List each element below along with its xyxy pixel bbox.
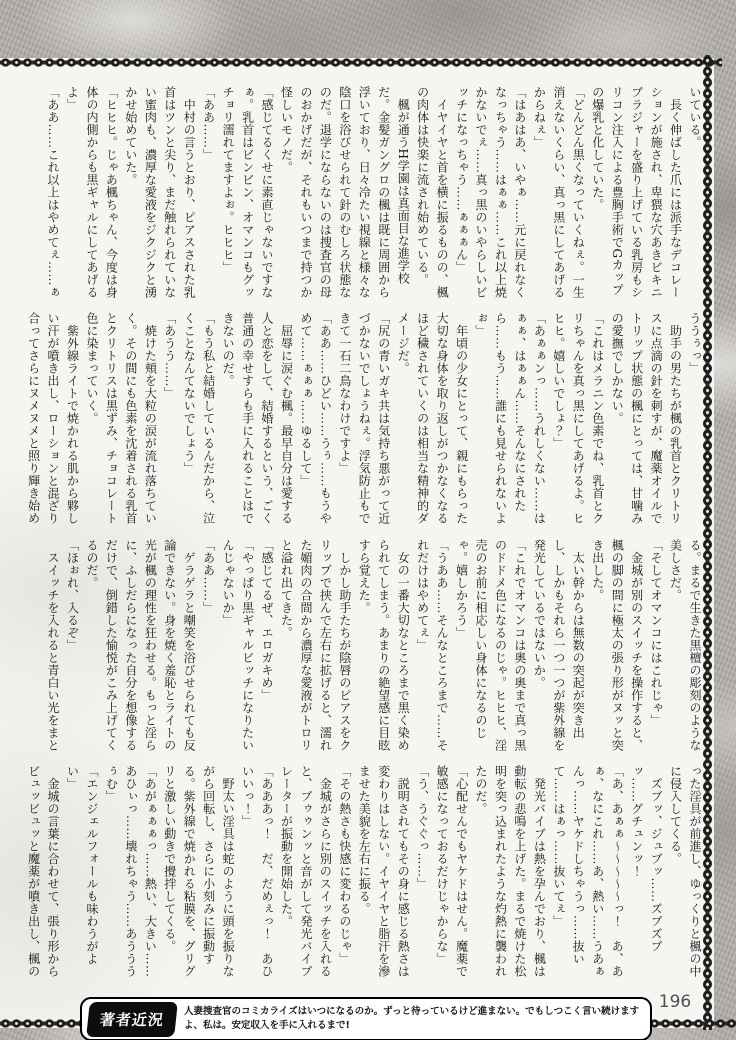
text-band-4: った淫具が前進し、ゆっくりと楓の中に侵入してくる。 ズブッ、ジュブッ……ズブズブ…: [28, 765, 704, 983]
text-band-2: ううぅっ」 助手の男たちが楓の乳首とクリトリスに点滴の針を刺すが、魔薬オイルでト…: [28, 312, 704, 530]
text-band-1: いている。 長く伸ばした爪には派手なデコレーションが施され、卑猥な穴あきビキニブ…: [28, 86, 704, 304]
chain-border-top: [0, 55, 722, 70]
stone-texture-right: [714, 0, 736, 1040]
stone-texture-top: [0, 0, 736, 58]
author-note-bar: 著者近況 人妻捜査官のコミカライズはいつになるのか。ずっと待っているけど進まない…: [80, 997, 652, 1040]
author-note-text: 人妻捜査官のコミカライズはいつになるのか。ずっと待っているけど進まない。でもしつ…: [184, 1005, 640, 1033]
text-band-3: る。まるで生きた黒檀の彫刻のような美しさだ。 「そしてオマンコにはこれじゃ」 金…: [28, 539, 704, 757]
chain-border-right: [700, 55, 715, 1030]
author-note-label: 著者近況: [86, 1002, 178, 1037]
page-number: 196: [652, 992, 698, 1012]
